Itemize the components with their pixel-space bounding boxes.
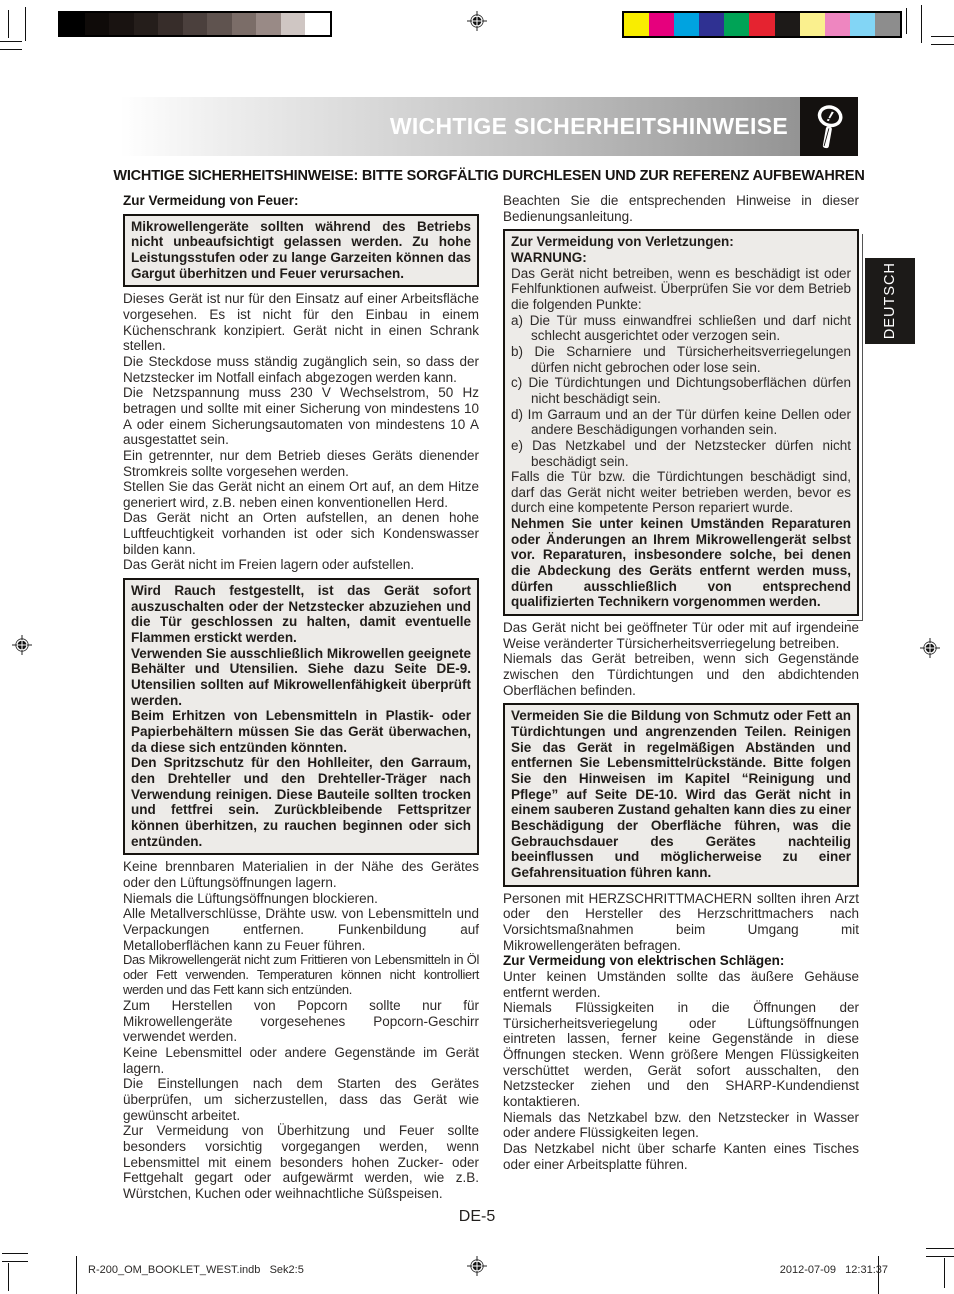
paragraph: Zum Herstellen von Popcorn sollte nur fü… — [123, 998, 479, 1045]
color-swatch — [624, 13, 649, 36]
paragraph: Das Gerät nicht bei geöffneter Tür oder … — [503, 620, 859, 651]
crop-mark — [931, 36, 954, 37]
crop-mark — [926, 1248, 954, 1249]
paragraph-condensed: Das Mikrowellengerät nicht zum Frittiere… — [123, 953, 479, 998]
warning-text: Mikrowellengeräte sollten während des Be… — [131, 219, 471, 282]
warning-text: Beim Erhitzen von Lebensmitteln in Plast… — [131, 708, 471, 755]
cleaning-warning-text: Vermeiden Sie die Bildung von Schmutz od… — [511, 708, 851, 880]
crop-mark — [0, 41, 22, 42]
svg-text:!: ! — [825, 109, 835, 126]
section-heading-electric: Zur Vermeidung von elektrischen Schlägen… — [503, 953, 859, 969]
color-swatch — [724, 13, 749, 36]
manual-page: WICHTIGE SICHERHEITSHINWEISE ! WICHTIGE … — [0, 0, 954, 1294]
color-calibration-bar — [622, 11, 902, 38]
intro-paragraph: Beachten Sie die entsprechenden Hinweise… — [503, 193, 859, 224]
color-swatch — [183, 13, 208, 35]
paragraph: Keine brennbaren Materialien in der Nähe… — [123, 859, 479, 890]
color-swatch — [800, 13, 825, 36]
checklist-item: b) Die Scharniere und Türsicherheitsverr… — [511, 344, 851, 375]
registration-mark-icon — [467, 11, 487, 31]
color-swatch — [158, 13, 183, 35]
checklist-item: d) Im Garraum und an der Tür dürfen kein… — [511, 407, 851, 438]
electric-paragraphs: Unter keinen Umständen sollte das äußere… — [503, 969, 859, 1173]
repair-warning: Nehmen Sie unter keinen Umständen Repara… — [511, 516, 851, 610]
color-swatch — [256, 13, 281, 35]
paragraph: Unter keinen Umständen sollte das äußere… — [503, 969, 859, 1000]
fold-mark — [862, 234, 863, 621]
color-swatch — [875, 13, 900, 36]
crop-mark — [0, 49, 22, 50]
color-swatch — [825, 13, 850, 36]
paragraph: Dieses Gerät ist nur für den Einsatz auf… — [123, 291, 479, 354]
banner-title: WICHTIGE SICHERHEITSHINWEISE — [120, 113, 800, 140]
color-swatch — [85, 13, 110, 35]
paragraph: Niemals Flüssigkeiten in die Öffnungen d… — [503, 1000, 859, 1110]
magnifier-alert-icon: ! — [804, 101, 854, 153]
warning-box-cleaning: Vermeiden Sie die Bildung von Schmutz od… — [503, 703, 859, 886]
section-banner: WICHTIGE SICHERHEITSHINWEISE ! — [120, 97, 858, 156]
warning-box-smoke: Wird Rauch festgestellt, ist das Gerät s… — [123, 578, 479, 855]
mid-paragraphs: Das Gerät nicht bei geöffneter Tür oder … — [503, 620, 859, 698]
paragraph: Die Steckdose muss ständig zugänglich se… — [123, 354, 479, 385]
crop-mark — [931, 44, 954, 45]
paragraph: Das Netzkabel nicht über scharfe Kanten … — [503, 1141, 859, 1172]
registration-mark-icon — [12, 635, 32, 655]
crop-mark — [2, 1253, 28, 1254]
paragraph: Die Einstellungen nach dem Starten des G… — [123, 1076, 479, 1123]
color-swatch — [850, 13, 875, 36]
paragraph: Zur Vermeidung von Überhitzung und Feuer… — [123, 1123, 479, 1201]
paragraph: Keine Lebensmittel oder andere Gegenstän… — [123, 1045, 479, 1076]
checklist-item: a) Die Tür muss einwandfrei schließen un… — [511, 313, 851, 344]
fire-paragraphs: Dieses Gerät ist nur für den Einsatz auf… — [123, 291, 479, 573]
paragraph: Personen mit HERZSCHRITTMACHERN sollten … — [503, 891, 859, 954]
registration-mark-icon — [920, 638, 940, 658]
color-swatch — [207, 13, 232, 35]
paragraph: Alle Metallverschlüsse, Drähte usw. von … — [123, 906, 479, 953]
page-number: DE-5 — [0, 1208, 954, 1226]
color-swatch — [649, 13, 674, 36]
warning-box-unattended: Mikrowellengeräte sollten während des Be… — [123, 214, 479, 288]
injury-checklist: a) Die Tür muss einwandfrei schließen un… — [511, 313, 851, 470]
paragraph: Die Netzspannung muss 230 V Wechselstrom… — [123, 385, 479, 448]
right-column: Beachten Sie die entsprechenden Hinweise… — [503, 193, 859, 1172]
color-swatch — [232, 13, 257, 35]
crop-mark — [8, 1263, 9, 1291]
footer-file-info: R-200_OM_BOOKLET_WEST.indb Sek2:5 — [88, 1264, 304, 1276]
color-swatch — [305, 13, 330, 35]
injury-heading: Zur Vermeidung von Verletzungen: — [511, 234, 851, 250]
warning-text: Wird Rauch festgestellt, ist das Gerät s… — [131, 583, 471, 646]
left-column: Zur Vermeidung von Feuer: Mikrowellenger… — [123, 193, 479, 1202]
page-main-heading: WICHTIGE SICHERHEITSHINWEISE: BITTE SORG… — [108, 168, 870, 184]
crop-mark — [944, 1258, 945, 1288]
color-swatch — [281, 13, 306, 35]
injury-intro: Das Gerät nicht betreiben, wenn es besch… — [511, 266, 851, 313]
crop-mark — [926, 1256, 954, 1257]
crop-mark — [2, 1261, 28, 1262]
fire-paragraphs-2: Keine brennbaren Materialien in der Nähe… — [123, 859, 479, 953]
color-swatch — [699, 13, 724, 36]
language-tab-deutsch: DEUTSCH — [865, 258, 915, 344]
color-swatch — [134, 13, 159, 35]
color-swatch — [775, 13, 800, 36]
fire-paragraphs-3: Zum Herstellen von Popcorn sollte nur fü… — [123, 998, 479, 1202]
injury-after-items: Falls die Tür bzw. die Türdichtungen bes… — [511, 469, 851, 516]
color-swatch — [674, 13, 699, 36]
crop-mark — [921, 5, 922, 43]
paragraph: Niemals das Gerät betreiben, wenn sich G… — [503, 651, 859, 698]
checklist-item: e) Das Netzkabel und der Netzstecker dür… — [511, 438, 851, 469]
color-swatch — [109, 13, 134, 35]
safety-icon-box: ! — [800, 97, 858, 156]
section-heading-fire: Zur Vermeidung von Feuer: — [123, 193, 479, 209]
paragraph: Niemals das Netzkabel bzw. den Netzsteck… — [503, 1110, 859, 1141]
paragraph: Ein getrennter, nur dem Betrieb dieses G… — [123, 448, 479, 479]
language-tab-label: DEUTSCH — [882, 262, 898, 339]
warnung-label: WARNUNG: — [511, 250, 851, 266]
paragraph: Das Gerät nicht an Orten aufstellen, an … — [123, 510, 479, 557]
footer-datetime: 2012-07-09 12:31:37 — [780, 1264, 888, 1276]
crop-mark — [76, 1256, 77, 1294]
crop-mark — [8, 10, 9, 38]
registration-mark-icon — [467, 1256, 487, 1276]
warning-box-injury: Zur Vermeidung von Verletzungen: WARNUNG… — [503, 229, 859, 616]
paragraph: Das Gerät nicht im Freien lagern oder au… — [123, 557, 479, 573]
paragraph: Stellen Sie das Gerät nicht an einem Ort… — [123, 479, 479, 510]
warning-text: Verwenden Sie ausschließlich Mikrowellen… — [131, 646, 471, 709]
pacemaker-paragraphs: Personen mit HERZSCHRITTMACHERN sollten … — [503, 891, 859, 954]
crop-mark — [25, 7, 26, 41]
crop-mark — [906, 8, 907, 34]
paragraph: Niemals die Lüftungsöffnungen blockieren… — [123, 891, 479, 907]
warning-text: Den Spritzschutz für den Hohlleiter, den… — [131, 755, 471, 849]
color-swatch — [60, 13, 85, 35]
checklist-item: c) Die Türdichtungen und Dichtungsoberfl… — [511, 375, 851, 406]
grayscale-calibration-bar — [58, 11, 332, 37]
color-swatch — [749, 13, 774, 36]
